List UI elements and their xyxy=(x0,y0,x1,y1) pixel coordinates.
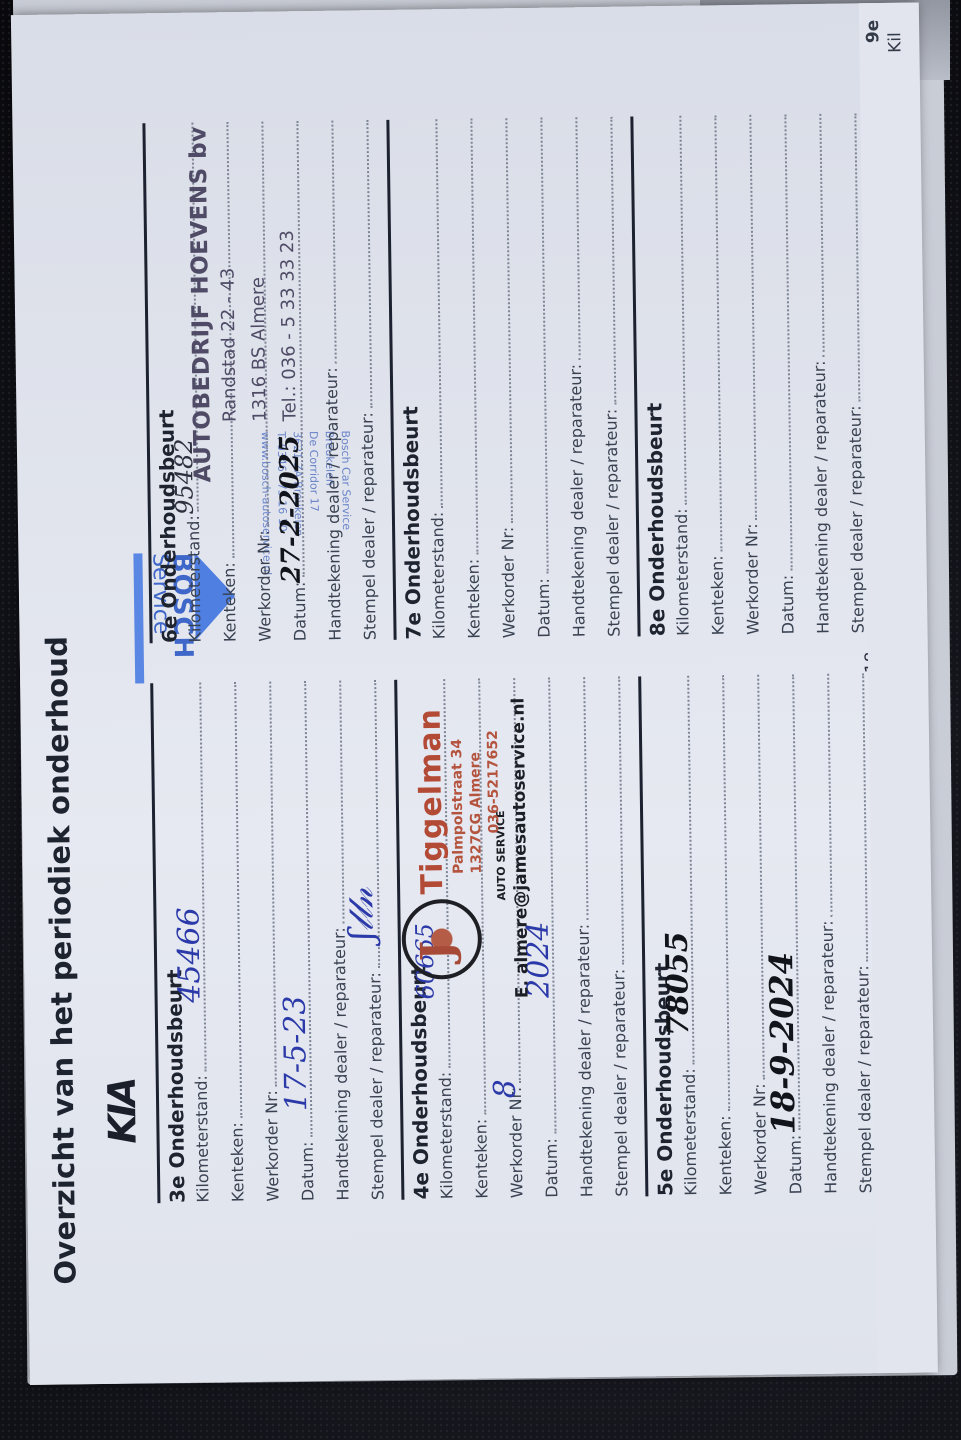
signature: ʃ𝓁𝓁𝓃 xyxy=(341,887,382,940)
handwritten-date: 17-5-23 xyxy=(278,995,315,1111)
column-right: 6e Onderhoudsbeurt Kilometerstand:95482 … xyxy=(142,113,881,643)
field-stempel[interactable]: Stempel dealer / reparateur: xyxy=(337,120,379,640)
field-stempel[interactable]: Stempel dealer / reparateur:ʃ𝓁𝓁𝓃 xyxy=(345,680,387,1200)
section-7e: 7e Onderhoudsbeurt Kilometerstand: Kente… xyxy=(386,117,623,640)
tiggelman-stamp: Tiggelman Palmpolstraat 34 1327CG Almere… xyxy=(413,707,505,894)
handwritten-date: 18-9-2024 xyxy=(762,952,803,1135)
handwritten-km: 78055 xyxy=(660,931,696,1036)
handwritten-werkorder: 8 xyxy=(488,1079,523,1099)
section-5e: 5e Onderhoudsbeurt Kilometerstand:78055 … xyxy=(638,673,875,1196)
james-email: E. almere@jamesautoservice.nl xyxy=(508,698,532,999)
hoevens-stamp: AUTOBEDRIJF HOEVENS bv Randstad 22 - 43 … xyxy=(185,125,306,483)
section-8e: 8e Onderhoudsbeurt Kilometerstand: Kente… xyxy=(630,113,867,636)
section-3e: 3e Onderhoudsbeurt Kilometerstand:45466 … xyxy=(150,680,387,1203)
handwritten-km: 45466 xyxy=(171,907,207,1003)
field-stempel[interactable]: Stempel dealer / reparateur: xyxy=(581,117,623,637)
field-stempel[interactable]: Stempel dealer / reparateur: xyxy=(589,677,631,1197)
kia-logo: KIA xyxy=(100,1079,145,1144)
section-6e: 6e Onderhoudsbeurt Kilometerstand:95482 … xyxy=(142,120,379,643)
column-left: 3e Onderhoudsbeurt Kilometerstand:45466 … xyxy=(150,673,889,1203)
booklet-page-rotated: Overzicht van het periodiek onderhoud KI… xyxy=(11,2,935,1385)
